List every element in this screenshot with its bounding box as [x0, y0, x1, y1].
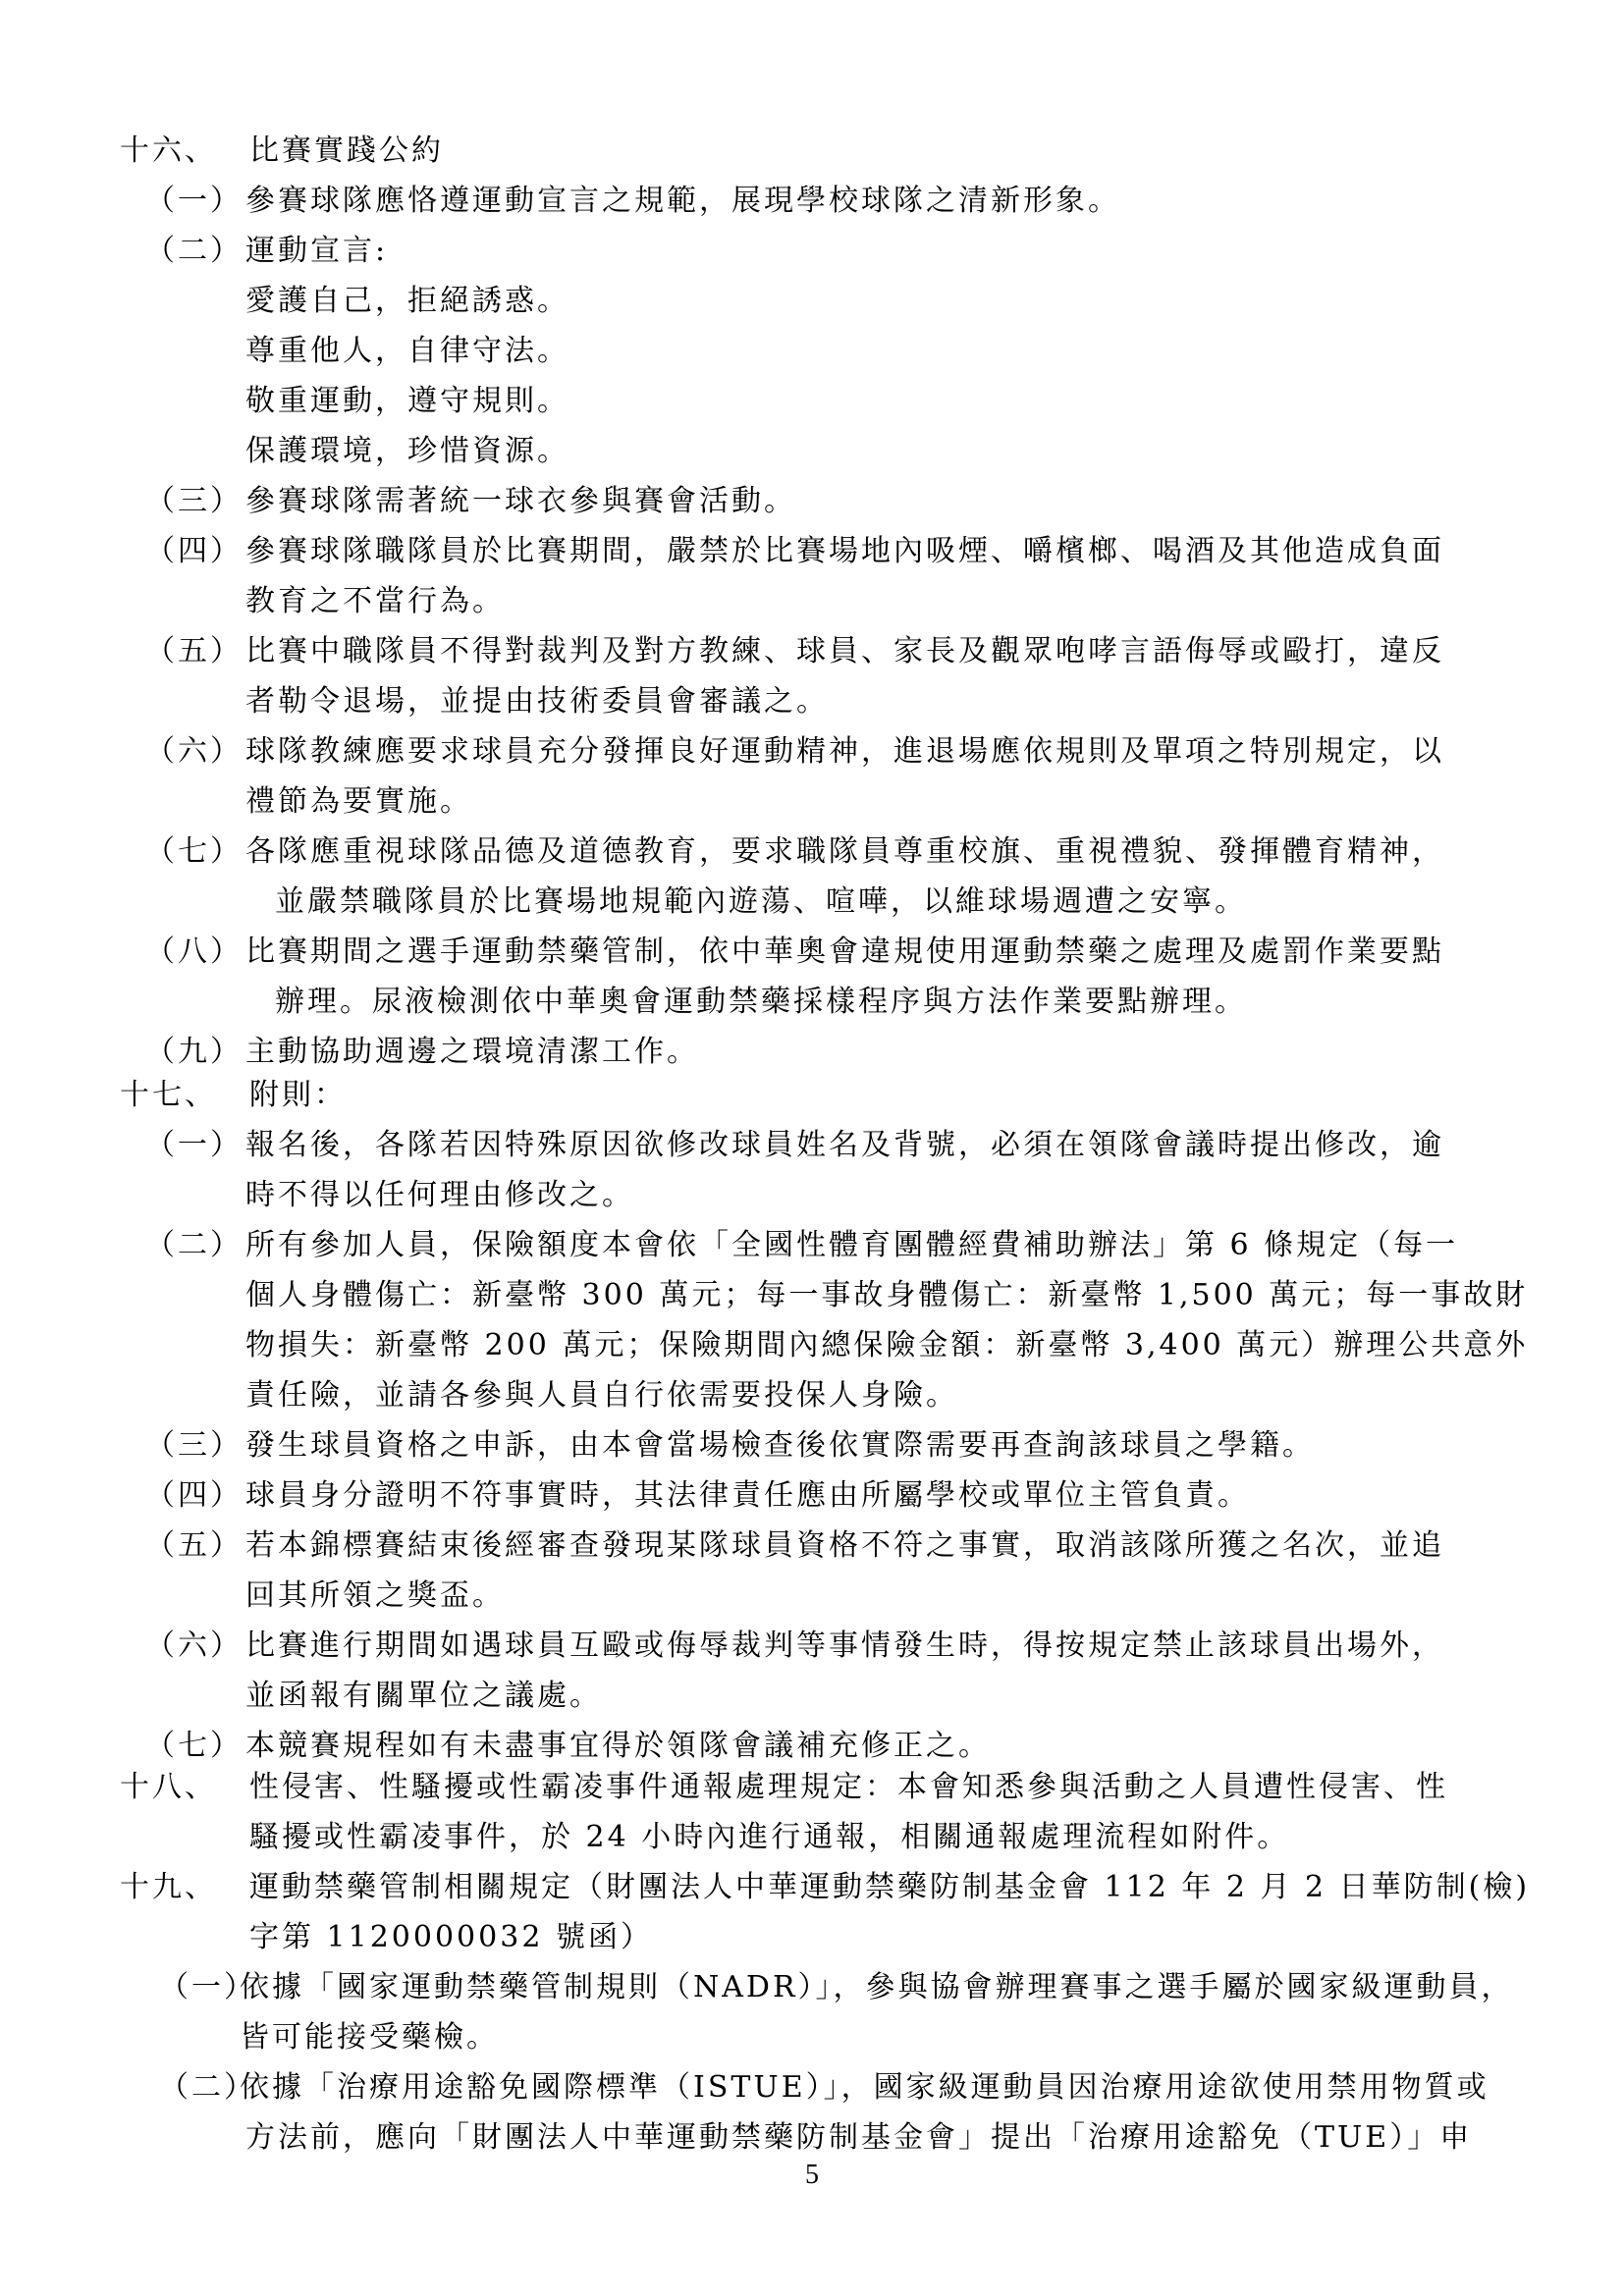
page-number: 5	[0, 2160, 1624, 2191]
document-page: 十六、 比賽實踐公約 （一） 參賽球隊應恪遵運動宣言之規範，展現學校球隊之清新形…	[0, 0, 1624, 2296]
